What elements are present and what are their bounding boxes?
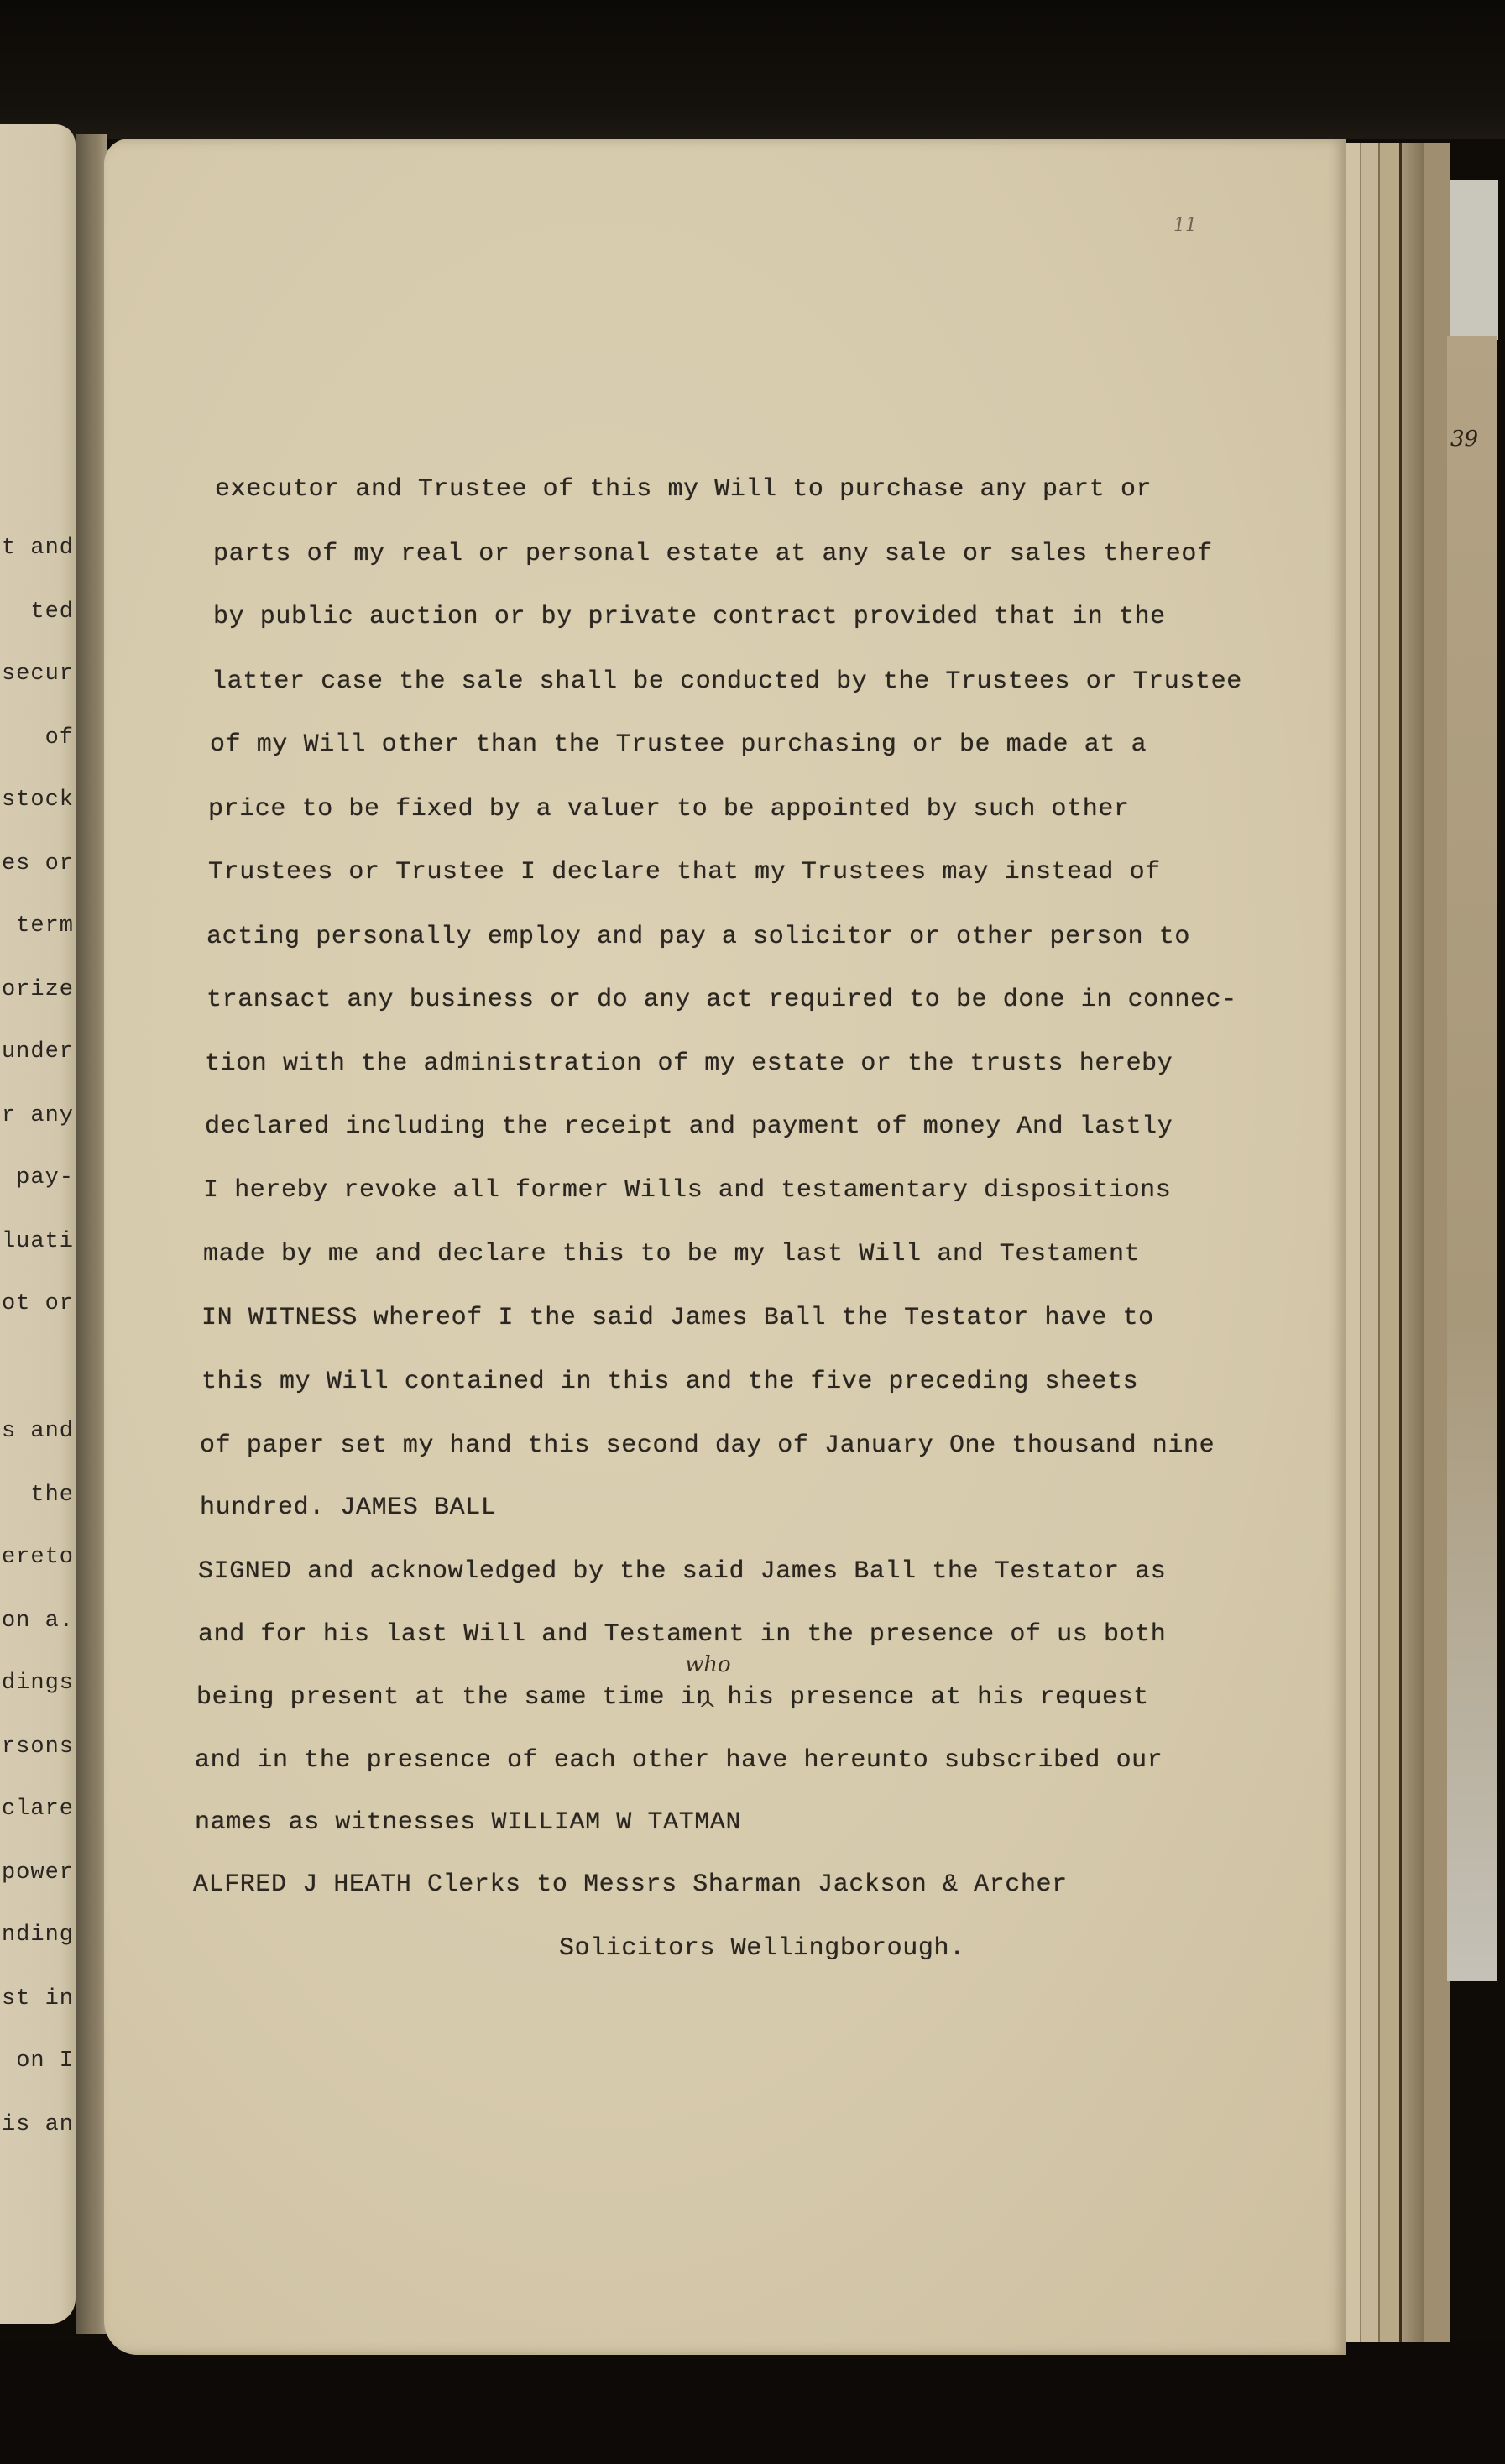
document-line: made by me and declare this to be my las… <box>203 1240 1140 1269</box>
page-number: 39 <box>1450 426 1478 452</box>
document-line: names as witnesses WILLIAM W TATMAN <box>195 1808 741 1837</box>
left-page-fragment: or any <box>0 1103 74 1128</box>
left-page-fragment: ny term <box>0 913 74 939</box>
left-page-fragment: d stock <box>0 787 74 813</box>
document-line: Solicitors Wellingborough. <box>559 1934 965 1963</box>
left-page-fragment: pot or <box>0 1291 74 1316</box>
left-page-fragment: thorize <box>0 977 74 1002</box>
document-line: being present at the same time in his pr… <box>196 1683 1149 1712</box>
book-cover-bottom <box>0 2342 1505 2464</box>
document-line: by public auction or by private contract… <box>213 603 1166 631</box>
left-page-fragment: eclare <box>0 1797 74 1822</box>
document-line: and in the presence of each other have h… <box>195 1746 1163 1775</box>
left-page-fragment: hereto <box>0 1545 74 1570</box>
document-line: Trustees or Trustee I declare that my Tr… <box>208 858 1161 887</box>
handwritten-insertion: who <box>685 1652 731 1677</box>
document-line: SIGNED and acknowledged by the said Jame… <box>198 1557 1166 1586</box>
left-page-fragment: of <box>45 725 74 751</box>
document-line: of my Will other than the Trustee purcha… <box>210 730 1147 759</box>
document-line: price to be fixed by a valuer to be appo… <box>208 795 1130 824</box>
document-line: this my Will contained in this and the f… <box>201 1368 1138 1396</box>
left-page-fragment: aluati <box>0 1229 74 1254</box>
left-page-fragment: uses or <box>0 851 74 876</box>
left-page-fragment: er pay- <box>0 1165 74 1190</box>
left-page-fragment: under <box>2 1039 74 1065</box>
document-line: hundred. JAMES BALL <box>200 1494 496 1522</box>
document-line: latter case the sale shall be conducted … <box>212 667 1242 696</box>
left-page-fragment: rsons <box>2 1734 74 1760</box>
left-page-fragment: secur <box>2 662 74 687</box>
left-page-fragment: standing <box>0 1923 74 1948</box>
document-line: ALFRED J HEATH Clerks to Messrs Sharman … <box>193 1870 1068 1899</box>
left-page-fragment: on a. <box>2 1609 74 1634</box>
index-tab-stack <box>1447 336 1497 1981</box>
left-page-fragment: he is an <box>0 2112 74 2137</box>
page-edge <box>1399 143 1427 2342</box>
page-edge <box>1424 143 1450 2342</box>
document-line: of paper set my hand this second day of … <box>200 1431 1215 1460</box>
document-line: executor and Trustee of this my Will to … <box>215 475 1152 504</box>
folio-mark: 11 <box>1173 215 1197 236</box>
document-line: declared including the receipt and payme… <box>205 1112 1173 1141</box>
page-edge <box>1360 143 1380 2342</box>
book-gutter <box>76 134 107 2334</box>
document-line: I hereby revoke all former Wills and tes… <box>203 1176 1171 1205</box>
insertion-caret-icon: ^ <box>698 1698 717 1723</box>
document-line: IN WITNESS whereof I the said James Ball… <box>201 1304 1154 1332</box>
document-line: acting personally employ and pay a solic… <box>206 923 1190 951</box>
left-page-fragment: on I <box>16 2048 74 2074</box>
left-page-fragment: ted <box>30 599 74 625</box>
index-tab <box>1450 180 1498 340</box>
left-page-fragment: the <box>30 1483 74 1508</box>
page-edge <box>1378 143 1401 2342</box>
document-line: tion with the administration of my estat… <box>205 1049 1173 1078</box>
document-line: parts of my real or personal estate at a… <box>213 540 1213 568</box>
book-cover-top <box>0 0 1505 139</box>
left-page-fragment: l power <box>0 1860 74 1886</box>
left-page-fragment: est and <box>0 536 74 561</box>
left-facing-page: est and ted secur of d stock uses or ny … <box>0 124 76 2324</box>
document-line: transact any business or do any act requ… <box>206 986 1237 1014</box>
left-page-fragment: rest in <box>0 1986 74 2011</box>
document-line: and for his last Will and Testament in t… <box>198 1620 1166 1649</box>
left-page-fragment: edings <box>0 1671 74 1696</box>
left-page-fragment: ds and <box>0 1419 74 1444</box>
